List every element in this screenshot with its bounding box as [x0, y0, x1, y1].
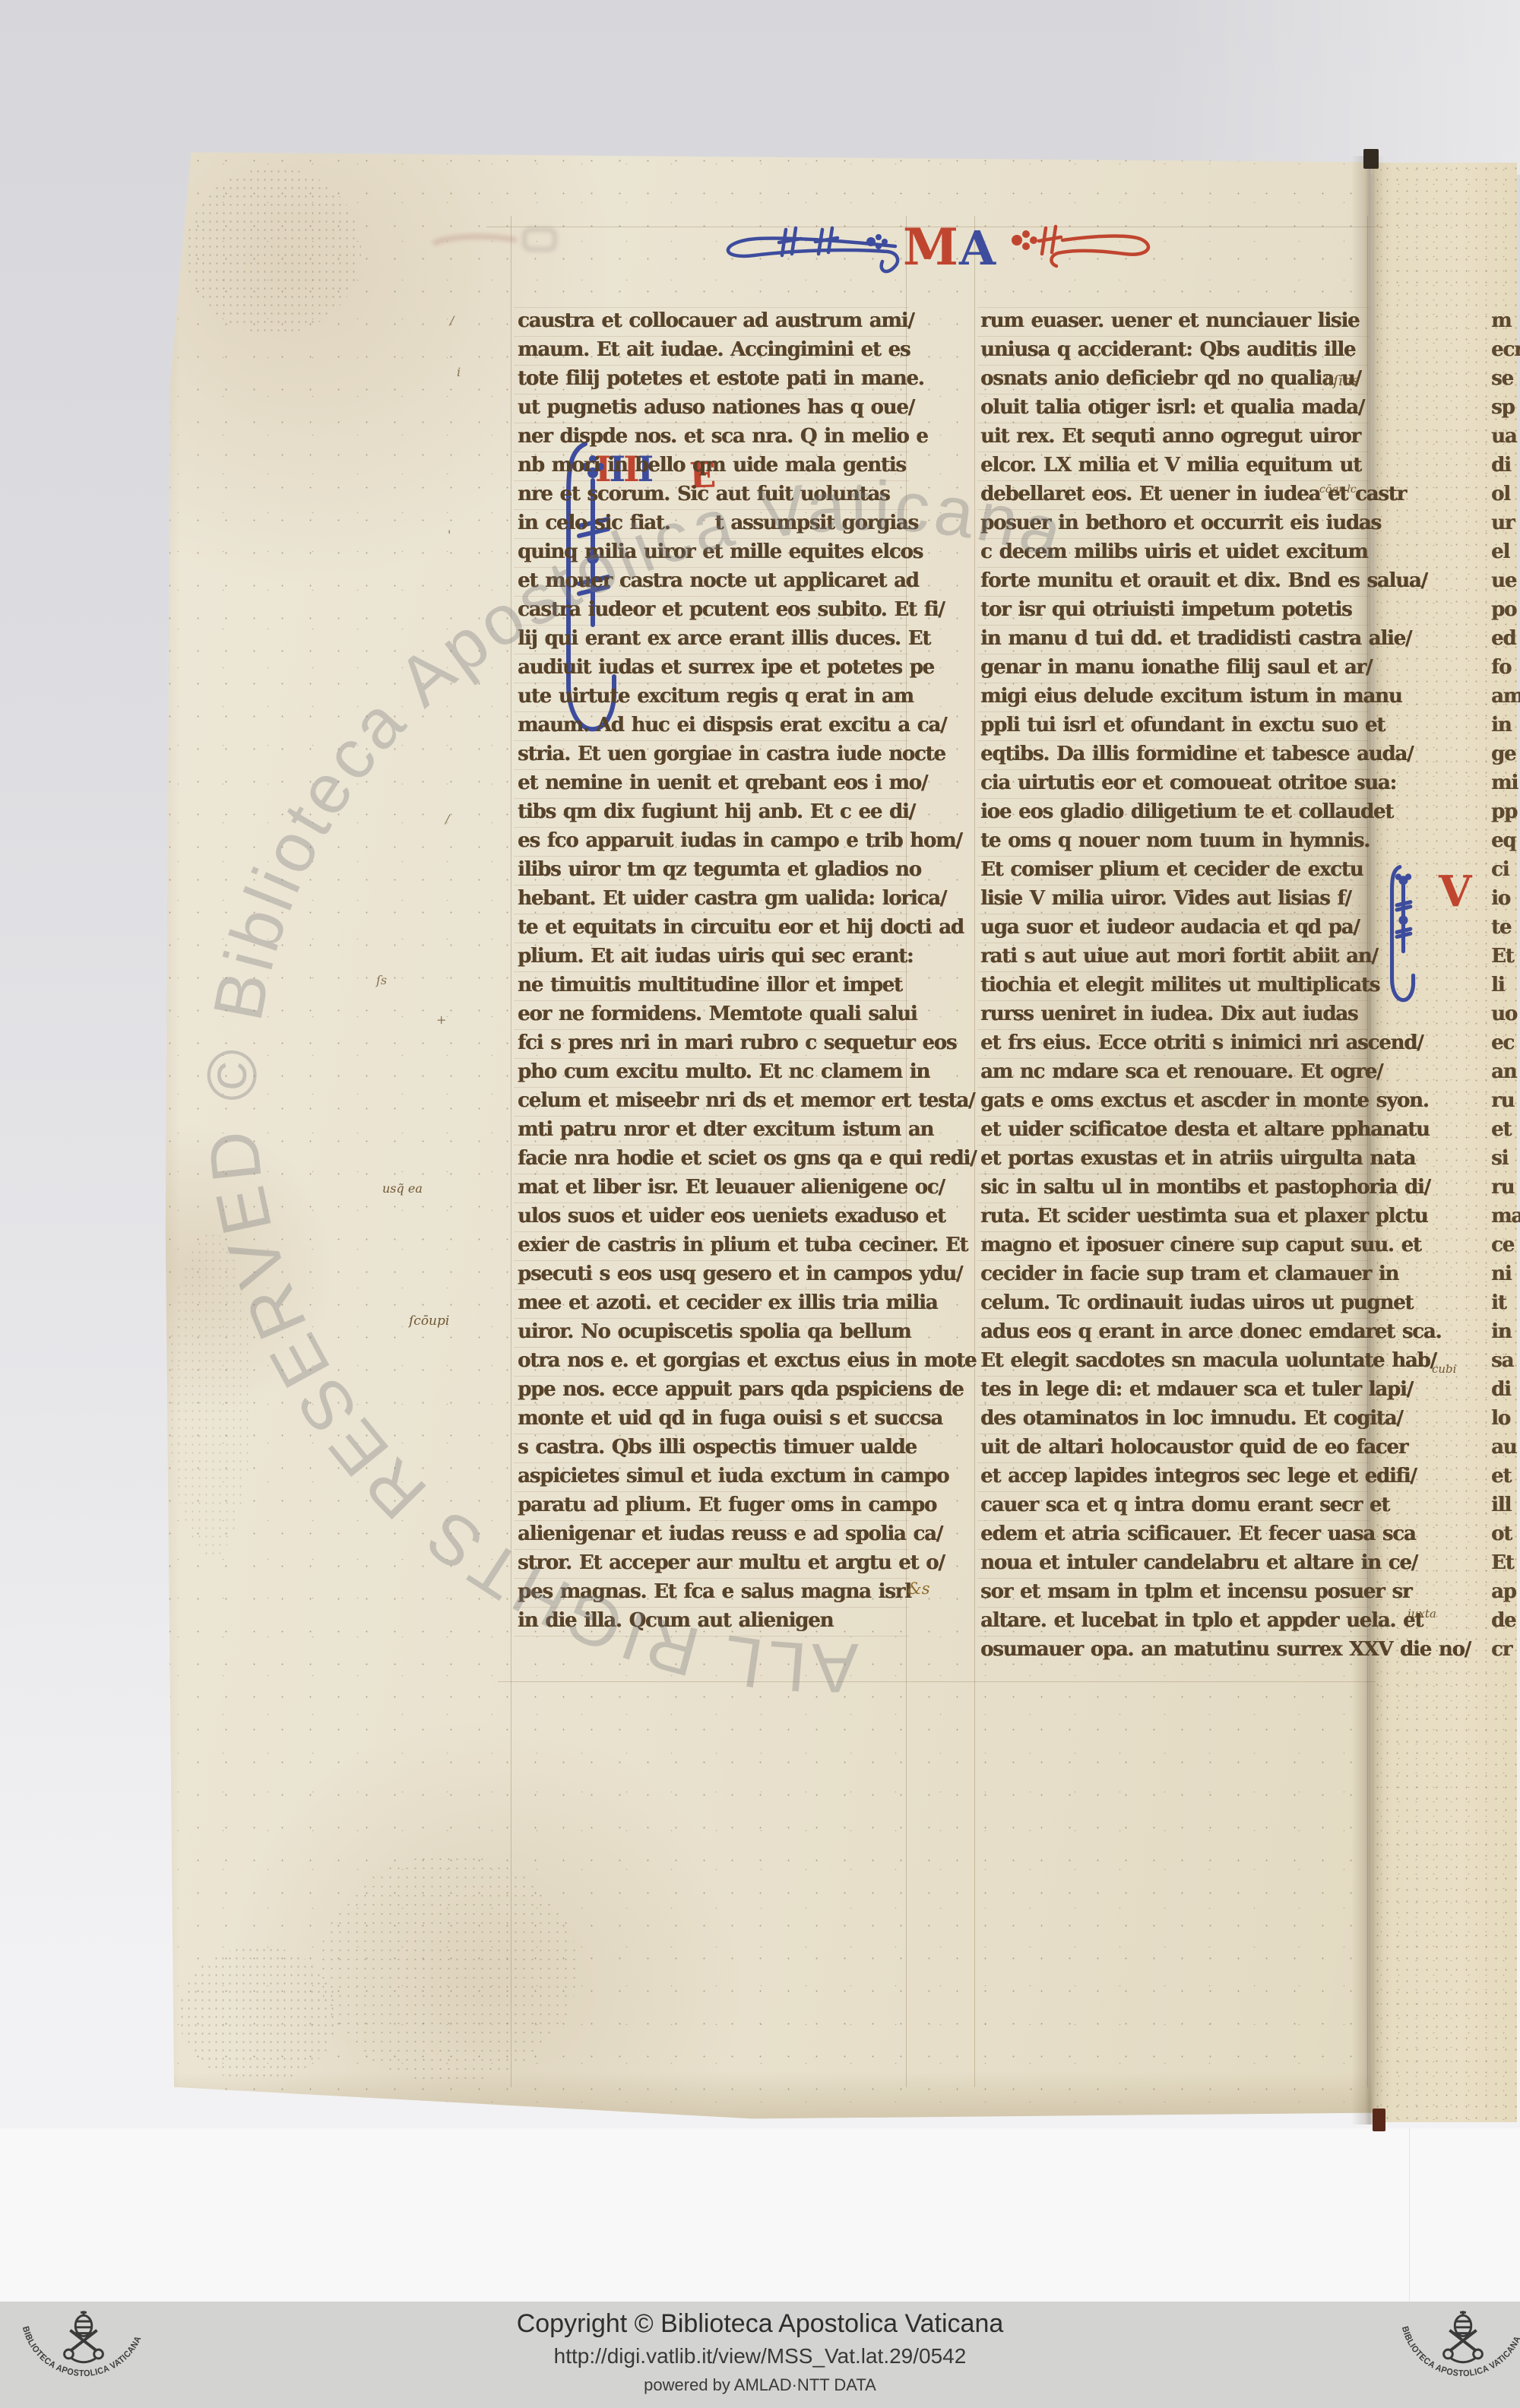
manuscript-text-line: cecider in facie sup tram et clamauer in: [980, 1259, 1373, 1288]
margin-pen-mark: i: [457, 365, 461, 379]
manuscript-text-line: genar in manu ionathe filij saul et ar/: [980, 653, 1373, 682]
margin-note: usq̃ ea: [382, 1181, 423, 1196]
manuscript-text-line: nre et scorum. Sic aut fuit uoluntas: [518, 480, 910, 509]
manuscript-text-fragment: de: [1491, 1606, 1520, 1635]
manuscript-text-line: pho cum excitu multo. Et nc clamem in: [518, 1057, 910, 1086]
vatican-library-logo: BIBLIOTECA APOSTOLICA VATICANA: [1396, 2305, 1520, 2403]
manuscript-text-fragment: li: [1491, 971, 1520, 1000]
manuscript-text-line: ppli tui isrl et ofundant in exctu suo e…: [980, 711, 1373, 740]
manuscript-text-line: celum. Tc ordinauit iudas uiros ut pugne…: [980, 1288, 1373, 1317]
ink-setoff-ghost: [426, 220, 585, 266]
manuscript-text-fragment: mi: [1491, 768, 1520, 797]
backdrop-lower: [0, 2128, 1520, 2303]
manuscript-text-line: noua et intuler candelabru et altare in …: [980, 1548, 1373, 1577]
manuscript-text-line: ruta. Et scider uestimta sua et plaxer p…: [980, 1202, 1373, 1231]
papal-keys-tiara-emblem: [1444, 2311, 1483, 2362]
manuscript-text-line: maum. Ad huc ei dispsis erat excitu a ca…: [518, 711, 910, 740]
manuscript-text-line: gats e oms exctus et ascder in monte syo…: [980, 1086, 1373, 1115]
margin-note: liſias: [1324, 372, 1359, 389]
manuscript-text-line: mti patru nror et dter excitum istum an: [518, 1115, 910, 1144]
manuscript-text-line: am nc mdare sca et renouare. Et ogre/: [980, 1057, 1373, 1086]
manuscript-text-fragment: ru: [1491, 1086, 1520, 1115]
manuscript-text-line: uiror. No ocupiscetis spolia qa bellum: [518, 1317, 910, 1346]
manuscript-text-line: rurss ueniret in iudea. Dix aut iudas: [980, 1000, 1373, 1028]
manuscript-text-line: magno et iposuer cinere sup caput suu. e…: [980, 1231, 1373, 1259]
manuscript-text-fragment: ed: [1491, 624, 1520, 653]
manuscript-text-line: posuer in bethoro et occurrit eis iudas: [980, 509, 1373, 537]
manuscript-text-line: ppe nos. ecce appuit pars qda pspiciens …: [518, 1375, 910, 1404]
manuscript-text-line: stria. Et uen gorgiae in castra iude noc…: [518, 740, 910, 768]
manuscript-text-line: ne timuitis multitudine illor et impet: [518, 971, 910, 1000]
manuscript-text-line: et accep lapides integros sec lege et ed…: [980, 1462, 1373, 1491]
manuscript-text-fragment: ol: [1491, 480, 1520, 509]
manuscript-text-fragment: ru: [1491, 1173, 1520, 1202]
manuscript-text-line: c decem milibs uiris et uidet excitum: [980, 537, 1373, 566]
margin-note: &s: [907, 1579, 929, 1598]
manuscript-text-line: in celo sic fiat. t assumpsit gorgias: [518, 509, 910, 537]
parchment-speckle-cluster: [319, 1855, 578, 2083]
manuscript-text-fragment: ge: [1491, 740, 1520, 768]
manuscript-text-fragment: se: [1491, 364, 1520, 393]
manuscript-text-fragment: uo: [1491, 1000, 1520, 1028]
manuscript-text-fragment: ec: [1491, 1028, 1520, 1057]
manuscript-text-fragment: ce: [1491, 1231, 1520, 1259]
manuscript-text-line: ilibs uiror tm qz tegumta et gladios no: [518, 855, 910, 884]
manuscript-text-line: sic in saltu ul in montibs et pastophori…: [980, 1173, 1373, 1202]
manuscript-text-line: et nemine in uenit et qrebant eos i mo/: [518, 768, 910, 797]
manuscript-text-line: quinq milia uiror et mille equites elcos: [518, 537, 910, 566]
manuscript-text-fragment: ni: [1491, 1259, 1520, 1288]
manuscript-text-fragment: in: [1491, 711, 1520, 740]
manuscript-text-line: forte munitu et orauit et dix. Bnd es sa…: [980, 566, 1373, 595]
manuscript-text-line: eor ne formidens. Memtote quali salui: [518, 1000, 910, 1028]
manuscript-text-line: uit rex. Et sequti anno ogregut uiror: [980, 422, 1373, 451]
manuscript-text-line: et frs eius. Ecce otriti s inimici nri a…: [980, 1028, 1373, 1057]
cover-edge-seam: [1409, 2128, 1410, 2302]
binding-notch-top: [1363, 149, 1379, 169]
manuscript-text-line: tor isr qui otriuisti impetum potetis: [980, 595, 1373, 624]
manuscript-text-fragment: cr: [1491, 1635, 1520, 1664]
manuscript-text-line: es fco apparuit iudas in campo e trib ho…: [518, 826, 910, 855]
manuscript-text-fragment: si: [1491, 1144, 1520, 1173]
manuscript-text-line: lisie V milia uiror. Vides aut lisias f/: [980, 884, 1373, 913]
margin-pen-mark: ſs: [376, 973, 387, 987]
manuscript-text-fragment: am: [1491, 682, 1520, 711]
manuscript-text-line: te oms q nouer nom tuum in hymnis.: [980, 826, 1373, 855]
manuscript-text-line: alienigenar et iudas reuss e ad spolia c…: [518, 1519, 910, 1548]
manuscript-text-line: rati s aut uiue aut mori fortit abiit an…: [980, 942, 1373, 971]
running-title-letter-m: M: [903, 217, 958, 277]
manuscript-text-line: pes magnas. Et fca e salus magna isrl: [518, 1577, 910, 1606]
manuscript-text-line: sor et msam in tplm et incensu posuer sr: [980, 1577, 1373, 1606]
manuscript-text-fragment: Et: [1491, 1548, 1520, 1577]
manuscript-text-line: hebant. Et uider castra gm ualida: loric…: [518, 884, 910, 913]
manuscript-text-line: migi eius delude excitum istum in manu: [980, 682, 1373, 711]
binding-notch-bottom: [1373, 2109, 1385, 2131]
manuscript-text-line: des otaminatos in loc imnudu. Et cogita/: [980, 1404, 1373, 1433]
manuscript-text-line: ut pugnetis aduso nationes has q oue/: [518, 393, 910, 422]
manuscript-text-line: osnats anio deficiebr qd no qualia u/: [980, 364, 1373, 393]
blue-dot-cluster: [866, 234, 888, 249]
digitized-manuscript-viewer-page: M A IIII: [0, 0, 1520, 2408]
manuscript-text-line: elcor. LX milia et V milia equitum ut: [980, 451, 1373, 480]
manuscript-text-fragment: ecr: [1491, 335, 1520, 364]
manuscript-text-fragment: te: [1491, 913, 1520, 942]
margin-note: ſcōupi: [409, 1313, 449, 1329]
manuscript-text-fragment: lo: [1491, 1404, 1520, 1433]
manuscript-text-fragment: Et: [1491, 942, 1520, 971]
margin-pen-mark: +: [436, 1012, 446, 1027]
manuscript-text-line: otra nos e. et gorgias et exctus eius in…: [518, 1346, 910, 1375]
manuscript-text-fragment: po: [1491, 595, 1520, 624]
manuscript-text-line: te et equitats in circuitu eor et hij do…: [518, 913, 910, 942]
manuscript-text-line: uit de altari holocaustor quid de eo fac…: [980, 1433, 1373, 1462]
manuscript-text-line: adus eos q erant in arce donec emdaret s…: [980, 1317, 1373, 1346]
manuscript-text-line: fci s pres nri in mari rubro c sequetur …: [518, 1028, 910, 1057]
manuscript-text-fragment: fo: [1491, 653, 1520, 682]
manuscript-text-fragment: sp: [1491, 393, 1520, 422]
manuscript-text-fragment: eq: [1491, 826, 1520, 855]
manuscript-text-line: psecuti s eos usq gesero et in campos yd…: [518, 1259, 910, 1288]
manuscript-text-fragment: io: [1491, 884, 1520, 913]
manuscript-text-fragment: sa: [1491, 1346, 1520, 1375]
manuscript-text-line: osumauer opa. an matutinu surrex XXV die…: [980, 1635, 1373, 1664]
footer-url: http://digi.vatlib.it/view/MSS_Vat.lat.2…: [0, 2344, 1520, 2368]
manuscript-text-line: ulos suos et uider eos ueniets exaduso e…: [518, 1202, 910, 1231]
manuscript-text-fragment: et: [1491, 1462, 1520, 1491]
manuscript-text-fragment: ot: [1491, 1519, 1520, 1548]
margin-note: cubi: [1432, 1362, 1456, 1376]
chapter-number-v: V: [1439, 867, 1471, 917]
manuscript-text-line: mee et azoti. et cecider ex illis tria m…: [518, 1288, 910, 1317]
manuscript-left-column: caustra et collocauer ad austrum ami/mau…: [518, 306, 910, 1635]
manuscript-text-line: plium. Et ait iudas uiris qui sec erant:: [518, 942, 910, 971]
manuscript-text-line: cauer sca et q intra domu erant secr et: [980, 1491, 1373, 1519]
manuscript-text-line: debellaret eos. Et uener in iudea et cas…: [980, 480, 1373, 509]
manuscript-text-line: in manu d tui dd. et tradidisti castra a…: [980, 624, 1373, 653]
manuscript-text-fragment: ma: [1491, 1202, 1520, 1231]
manuscript-text-line: tote filij potetes et estote pati in man…: [518, 364, 910, 393]
manuscript-text-line: nb mori in bello qm uide mala gentis: [518, 451, 910, 480]
red-dot-cluster: [1012, 230, 1037, 250]
parchment-speckle-cluster: [186, 167, 361, 334]
manuscript-text-line: ute uirtute excitum regis q erat in am: [518, 682, 910, 711]
manuscript-text-line: cia uirtutis eor et comoueat otritoe sua…: [980, 768, 1373, 797]
footer-bar: Copyright © Biblioteca Apostolica Vatica…: [0, 2302, 1520, 2408]
manuscript-text-fragment: et: [1491, 1115, 1520, 1144]
manuscript-text-line: ioe eos gladio diligetium te et collaude…: [980, 797, 1373, 826]
manuscript-text-line: edem et atria scificauer. Et fecer uasa …: [980, 1519, 1373, 1548]
manuscript-text-line: lij qui erant ex arce erant illis duces.…: [518, 624, 910, 653]
red-flourish-right: [1039, 227, 1148, 266]
manuscript-text-line: oluit talia otiger isrl: et qualia mada/: [980, 393, 1373, 422]
manuscript-text-fragment: di: [1491, 451, 1520, 480]
manuscript-text-line: maum. Et ait iudae. Accingimini et es: [518, 335, 910, 364]
running-title-letter-a: A: [958, 220, 996, 276]
papal-keys-tiara-emblem: [65, 2311, 103, 2362]
manuscript-text-line: rum euaser. uener et nunciauer lisie: [980, 306, 1373, 335]
parchment-speckle-cluster: [169, 1231, 252, 1558]
manuscript-text-line: uniusa q acciderant: Qbs auditis ille: [980, 335, 1373, 364]
manuscript-text-line: caustra et collocauer ad austrum ami/: [518, 306, 910, 335]
manuscript-text-fragment: in: [1491, 1317, 1520, 1346]
manuscript-text-line: facie nra hodie et sciet os gns qa e qui…: [518, 1144, 910, 1173]
manuscript-text-line: aspicietes simul et iuda exctum in campo: [518, 1462, 910, 1491]
manuscript-text-fragment: el: [1491, 537, 1520, 566]
manuscript-text-line: exier de castris in plium et tuba cecine…: [518, 1231, 910, 1259]
manuscript-text-line: et uider scificatoe desta et altare ppha…: [980, 1115, 1373, 1144]
margin-note: cōqr lc: [1319, 483, 1357, 496]
manuscript-text-fragment: it: [1491, 1288, 1520, 1317]
manuscript-text-line: mat et liber isr. Et leuauer alienigene …: [518, 1173, 910, 1202]
manuscript-text-line: audiuit iudas et surrex ipe et potetes p…: [518, 653, 910, 682]
manuscript-text-line: s castra. Qbs illi ospectis timuer ualde: [518, 1433, 910, 1462]
margin-pen-mark: /: [450, 313, 454, 328]
next-folio-text-fragments: mecrsespuadiolureluepoedfoamingemippeqci…: [1491, 306, 1520, 1664]
manuscript-text-line: tes in lege di: et mdauer sca et tuler l…: [980, 1375, 1373, 1404]
manuscript-text-line: eqtibs. Da illis formidine et tabesce au…: [980, 740, 1373, 768]
manuscript-text-fragment: ap: [1491, 1577, 1520, 1606]
manuscript-text-fragment: ur: [1491, 509, 1520, 537]
manuscript-text-fragment: di: [1491, 1375, 1520, 1404]
manuscript-text-line: tibs qm dix fugiunt hij anb. Et c ee di/: [518, 797, 910, 826]
manuscript-text-fragment: pp: [1491, 797, 1520, 826]
backdrop-highlight: [1140, 0, 1520, 175]
manuscript-text-fragment: au: [1491, 1433, 1520, 1462]
manuscript-text-line: celum et miseebr nri ds et memor ert tes…: [518, 1086, 910, 1115]
manuscript-text-line: Et comiser plium et cecider de exctu: [980, 855, 1373, 884]
manuscript-text-line: altare. et lucebat in tplo et appder uel…: [980, 1606, 1373, 1635]
manuscript-text-line: Et elegit sacdotes sn macula uoluntate h…: [980, 1346, 1373, 1375]
ruling-vertical-line: [511, 216, 511, 2087]
manuscript-text-fragment: an: [1491, 1057, 1520, 1086]
footer-powered-by: powered by AMLAD·NTT DATA: [0, 2375, 1520, 2395]
manuscript-right-column: rum euaser. uener et nunciauer lisieuniu…: [980, 306, 1373, 1664]
manuscript-text-fragment: m: [1491, 306, 1520, 335]
margin-pen-mark: /: [445, 812, 449, 826]
margin-pen-mark: ': [448, 528, 451, 542]
blue-flourish-left: [728, 228, 898, 271]
manuscript-text-fragment: ci: [1491, 855, 1520, 884]
manuscript-text-line: et mouer castra nocte ut applicaret ad: [518, 566, 910, 595]
manuscript-text-line: castra iudeor et pcutent eos subito. Et …: [518, 595, 910, 624]
manuscript-text-fragment: ua: [1491, 422, 1520, 451]
ruling-horizontal-line: [498, 1681, 1376, 1682]
manuscript-text-line: stror. Et acceper aur multu et argtu et …: [518, 1548, 910, 1577]
vatican-library-logo: BIBLIOTECA APOSTOLICA VATICANA: [17, 2305, 150, 2403]
manuscript-text-fragment: ue: [1491, 566, 1520, 595]
manuscript-text-line: tiochia et elegit milites ut multiplicat…: [980, 971, 1373, 1000]
footer-copyright: Copyright © Biblioteca Apostolica Vatica…: [0, 2309, 1520, 2339]
margin-note: iuxta: [1408, 1607, 1436, 1621]
manuscript-text-line: et portas exustas et in atriis uirgulta …: [980, 1144, 1373, 1173]
manuscript-text-line: monte et uid qd in fuga ouisi s et succs…: [518, 1404, 910, 1433]
blue-paraph-flourish-right: [1380, 862, 1426, 1022]
manuscript-text-fragment: ill: [1491, 1491, 1520, 1519]
manuscript-text-line: paratu ad plium. Et fuger oms in campo: [518, 1491, 910, 1519]
parchment-speckle-cluster: [179, 1946, 338, 2083]
manuscript-text-line: ner dispde nos. et sca nra. Q in melio e: [518, 422, 910, 451]
manuscript-text-line: uga suor et iudeor audacia et qd pa/: [980, 913, 1373, 942]
running-title-ornament: M A: [707, 207, 1163, 290]
manuscript-text-line: in die illa. Qcum aut alienigen: [518, 1606, 910, 1635]
